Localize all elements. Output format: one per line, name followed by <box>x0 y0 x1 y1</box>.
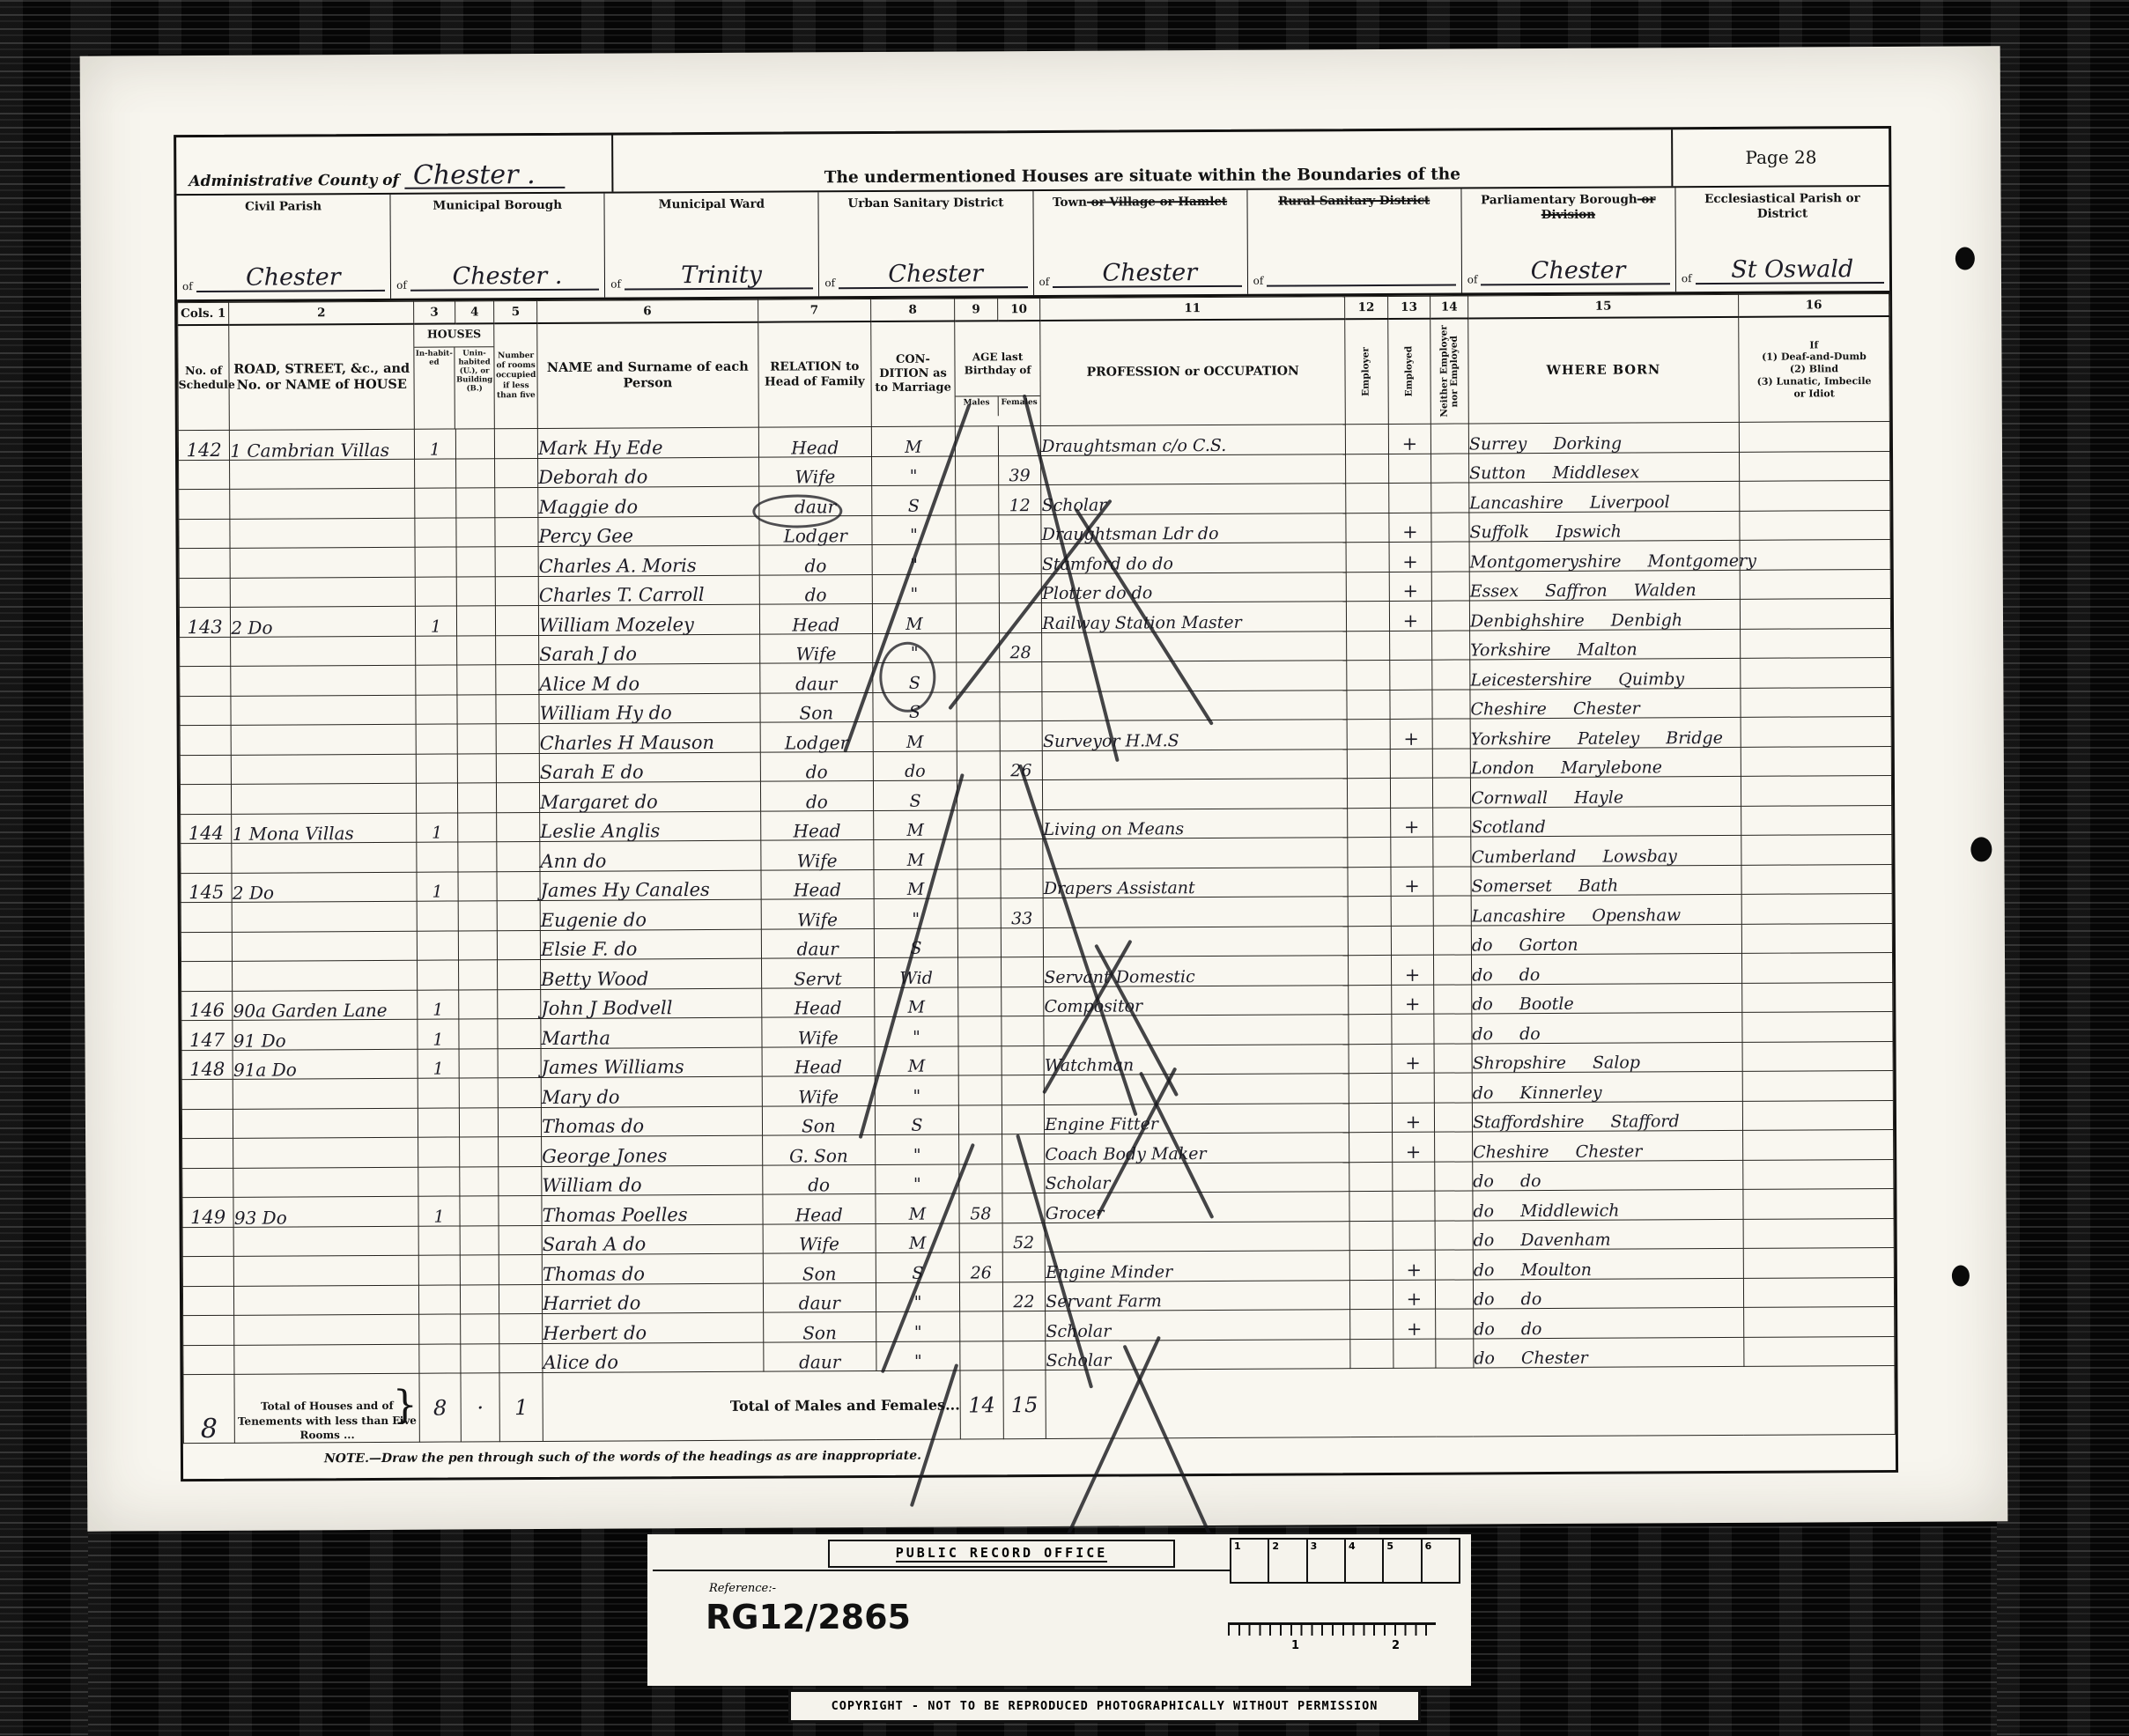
cell-relation: Head <box>761 869 874 899</box>
cell-rooms <box>499 1077 542 1107</box>
cell-rooms <box>497 871 540 901</box>
col-inhabited: In-habit-ed <box>414 347 455 428</box>
brace-glyph: } <box>393 1379 418 1432</box>
cell-address: 1 Mona Villas <box>232 813 417 844</box>
cell-condition: S <box>873 692 957 722</box>
cell-inhabited <box>415 488 456 518</box>
punch-dot <box>1952 1266 1970 1287</box>
cell-uninhabited <box>456 606 496 636</box>
cell-name: George Jones <box>542 1135 763 1166</box>
cell-address <box>234 1344 419 1375</box>
cell-age_m <box>960 1282 1003 1311</box>
cell-infirm <box>1741 775 1891 805</box>
cell-employer <box>1350 1339 1393 1369</box>
page-number: Page 28 <box>1673 129 1889 186</box>
district-value: Chester . <box>410 264 600 292</box>
of-label: of <box>1253 275 1264 287</box>
cell-inhabited <box>416 635 457 665</box>
cell-infirm <box>1744 1336 1895 1366</box>
cell-born: Essex Saffron Walden <box>1469 570 1740 601</box>
cell-neither <box>1431 424 1469 454</box>
cell-neither <box>1435 1132 1473 1162</box>
cell-address <box>231 695 416 726</box>
cell-employed: + <box>1389 542 1432 572</box>
cell-schedule <box>182 1168 233 1198</box>
cell-uninhabited <box>455 429 495 459</box>
cell-occupation: Draughtsman Ldr do <box>1041 513 1346 543</box>
ruler-cell: 5 <box>1382 1540 1420 1582</box>
cell-infirm <box>1743 1188 1894 1218</box>
district-header-row: Civil ParishofChesterMunicipal Boroughof… <box>176 187 1889 302</box>
col-num: 13 <box>1387 296 1430 319</box>
cell-condition: S <box>875 1105 958 1135</box>
cell-relation: Head <box>761 987 874 1017</box>
cell-occupation: Servant Farm <box>1046 1280 1350 1311</box>
cell-age_m <box>957 780 1001 810</box>
cell-infirm <box>1742 1041 1893 1071</box>
cell-schedule <box>181 1079 233 1109</box>
cell-rooms <box>499 1313 543 1343</box>
cell-inhabited <box>416 665 457 695</box>
cell-schedule <box>180 725 231 755</box>
cell-name: Margaret do <box>539 781 760 812</box>
cell-name: Alice M do <box>539 663 760 694</box>
cell-relation: Wife <box>763 1223 876 1253</box>
cell-condition: M <box>874 810 957 840</box>
cell-inhabited <box>415 458 456 488</box>
cell-employed: + <box>1393 1250 1436 1280</box>
cell-schedule <box>179 519 230 549</box>
cell-rooms <box>499 1166 542 1196</box>
cell-employer <box>1346 483 1389 513</box>
cell-inhabited <box>416 694 457 724</box>
col-num: 15 <box>1468 294 1739 318</box>
cell-employer <box>1349 1162 1393 1192</box>
cell-infirm <box>1740 539 1890 569</box>
cell-rooms <box>496 606 539 636</box>
cell-neither <box>1434 984 1472 1014</box>
cell-condition: " <box>876 1164 959 1194</box>
cell-uninhabited <box>459 1137 499 1167</box>
cell-uninhabited <box>455 458 495 488</box>
cell-born: Denbighshire Denbigh <box>1469 599 1740 630</box>
cell-born: Yorkshire Malton <box>1470 629 1741 660</box>
cell-schedule <box>180 784 231 814</box>
cell-employer <box>1347 749 1390 779</box>
cell-condition: M <box>874 839 957 869</box>
cell-neither <box>1432 748 1470 778</box>
cell-age_m <box>955 426 998 456</box>
cell-address <box>233 1167 418 1198</box>
cell-schedule <box>182 1286 233 1316</box>
cell-schedule <box>180 637 231 667</box>
district-value <box>1267 284 1455 287</box>
cell-inhabited <box>419 1314 461 1344</box>
cell-neither <box>1433 778 1471 808</box>
cell-age_m <box>960 1341 1003 1370</box>
ruler-cell: 3 <box>1306 1540 1344 1582</box>
col-males: Males <box>956 396 999 416</box>
cell-neither <box>1431 512 1469 542</box>
cell-age_f <box>1000 839 1043 869</box>
cell-infirm <box>1742 1129 1893 1159</box>
totals-schedule: 8 <box>183 1374 235 1443</box>
cell-born: do do <box>1473 1160 1743 1191</box>
district-value: Chester <box>1481 258 1670 285</box>
cell-rooms <box>498 989 541 1019</box>
cell-relation: daur <box>758 486 871 516</box>
col-neither: Neither Employer nor Employed <box>1430 318 1468 424</box>
cell-employed <box>1391 926 1434 956</box>
cell-name: Charles H Mauson <box>539 722 760 753</box>
cell-address <box>232 783 417 814</box>
cell-relation: Lodger <box>759 515 872 545</box>
cell-age_f <box>1002 1075 1045 1105</box>
punch-dot <box>1955 247 1975 270</box>
cell-infirm <box>1744 1306 1895 1336</box>
cell-condition: M <box>874 869 957 899</box>
cell-condition: " <box>872 544 956 574</box>
cell-born: do do <box>1473 1278 1743 1309</box>
cell-uninhabited <box>457 783 497 813</box>
cell-uninhabited <box>458 960 498 990</box>
col-num: 12 <box>1345 296 1388 319</box>
cell-uninhabited <box>455 488 495 518</box>
ruler-cell: 6 <box>1421 1540 1459 1582</box>
cell-relation: do <box>760 781 873 811</box>
cell-uninhabited <box>459 1107 499 1137</box>
cell-born: London Marylebone <box>1470 747 1741 778</box>
cell-born: Cheshire Chester <box>1470 688 1741 719</box>
cell-schedule <box>179 578 230 608</box>
cell-name: Elsie F. do <box>540 929 761 960</box>
cell-condition: M <box>871 426 955 456</box>
cell-age_f <box>1002 1016 1045 1046</box>
cell-schedule <box>179 548 230 578</box>
cell-age_m <box>957 721 1000 751</box>
cell-inhabited: 1 <box>414 429 455 459</box>
cell-relation: Wife <box>762 1076 875 1106</box>
cell-age_m <box>957 898 1001 928</box>
cell-neither <box>1432 689 1470 719</box>
cell-name: Percy Gee <box>538 516 759 547</box>
cell-age_f <box>999 544 1042 574</box>
cell-address <box>233 931 418 962</box>
cell-neither <box>1431 571 1469 601</box>
cell-inhabited: 1 <box>418 1048 459 1078</box>
cell-rooms <box>498 1018 541 1048</box>
district-cell: Rural Sanitary Districtof <box>1247 189 1462 294</box>
col-num: 14 <box>1430 296 1468 319</box>
cell-occupation <box>1045 1221 1349 1252</box>
cell-age_f <box>1002 1252 1046 1282</box>
cell-address <box>232 754 417 785</box>
stamp-ruler-cells: 1 2 3 4 5 6 <box>1230 1538 1460 1584</box>
cell-age_m <box>958 1104 1002 1134</box>
cell-inhabited <box>417 901 458 931</box>
cell-rooms <box>496 576 539 606</box>
cell-age_f: 26 <box>1000 750 1043 780</box>
cell-condition: M <box>876 1193 959 1223</box>
cell-occupation <box>1042 690 1347 720</box>
cell-age_m <box>959 1134 1002 1164</box>
cell-age_m <box>956 544 999 574</box>
cell-relation: Head <box>759 604 872 634</box>
cell-neither <box>1431 453 1469 483</box>
cell-address <box>230 518 415 549</box>
cell-born: Leicestershire Quimby <box>1470 658 1741 689</box>
cell-name: Thomas do <box>541 1106 762 1137</box>
cell-born: do Chester <box>1474 1337 1744 1368</box>
district-value: Trinity <box>625 262 814 290</box>
cell-occupation <box>1044 926 1349 957</box>
cell-born: Cumberland Lowsbay <box>1471 835 1741 866</box>
cell-neither <box>1432 601 1470 631</box>
cell-relation: Son <box>763 1253 876 1283</box>
cell-employed <box>1393 1191 1436 1221</box>
cell-inhabited <box>418 1166 460 1196</box>
cell-occupation: Living on Means <box>1043 808 1348 838</box>
cell-employed <box>1390 778 1433 808</box>
cell-born: Surrey Dorking <box>1468 422 1739 453</box>
cell-age_f: 28 <box>999 632 1042 662</box>
cell-occupation: Railway Station Master <box>1042 602 1347 632</box>
cell-born: do Kinnerley <box>1472 1071 1742 1102</box>
cell-uninhabited <box>457 724 497 754</box>
cell-employer <box>1349 955 1392 985</box>
cell-name: Leslie Anglis <box>540 811 761 842</box>
cell-inhabited: 1 <box>417 812 458 842</box>
cell-name: Mary do <box>541 1076 762 1107</box>
cell-inhabited <box>417 930 458 960</box>
cell-address <box>231 665 416 696</box>
cell-uninhabited <box>458 871 498 901</box>
cell-address <box>233 1078 418 1109</box>
cell-inhabited <box>418 960 459 990</box>
copyright-notice: COPYRIGHT - NOT TO BE REPRODUCED PHOTOGR… <box>788 1689 1421 1723</box>
cell-condition: M <box>872 603 956 633</box>
cell-address <box>231 636 416 667</box>
cell-age_m <box>959 1163 1002 1193</box>
film-border-right <box>1997 0 2129 1736</box>
cell-infirm <box>1741 657 1891 687</box>
cell-uninhabited <box>456 517 496 547</box>
col-infirmities: If (1) Deaf-and-Dumb (2) Blind (3) Lunat… <box>1739 316 1890 422</box>
cell-employer <box>1348 926 1391 956</box>
cell-inhabited: 1 <box>416 606 457 636</box>
cell-inhabited <box>416 724 457 754</box>
cell-schedule: 144 <box>181 814 232 844</box>
cell-name: Sarah E do <box>539 752 760 783</box>
district-cell: Civil ParishofChester <box>176 195 391 299</box>
district-label: Town or Village or Hamlet <box>1039 195 1241 211</box>
cell-name: Sarah A do <box>542 1224 763 1255</box>
cell-relation: Son <box>760 692 873 722</box>
cell-relation: Son <box>762 1105 875 1135</box>
cell-employed <box>1391 1014 1434 1044</box>
cell-infirm <box>1740 480 1890 510</box>
cell-name: Eugenie do <box>540 899 761 930</box>
cell-inhabited <box>418 1137 460 1167</box>
cell-rooms <box>497 723 540 753</box>
pro-title-box: PUBLIC RECORD OFFICE <box>828 1540 1175 1568</box>
cell-schedule: 148 <box>181 1050 233 1080</box>
cell-condition: " <box>872 515 956 545</box>
cell-neither <box>1434 1014 1472 1044</box>
cell-rooms <box>499 1136 542 1166</box>
cell-uninhabited <box>459 1078 499 1108</box>
cell-occupation: Scholar <box>1046 1339 1350 1370</box>
cell-age_f: 33 <box>1001 898 1044 928</box>
cell-address <box>231 724 416 755</box>
cell-uninhabited <box>458 930 498 960</box>
of-label: of <box>1039 276 1049 288</box>
cell-schedule <box>183 1345 234 1375</box>
cell-uninhabited <box>459 1019 499 1049</box>
totals-inhabited: 8 <box>419 1373 461 1442</box>
cell-rooms <box>499 1254 543 1284</box>
cell-name: Martha <box>541 1017 762 1048</box>
cell-inhabited <box>417 842 458 872</box>
cell-uninhabited <box>457 812 497 842</box>
cell-condition: " <box>876 1311 959 1341</box>
cell-address <box>232 842 417 873</box>
cell-neither <box>1435 1191 1473 1221</box>
cell-relation: daur <box>763 1341 876 1371</box>
cell-born: Staffordshire Stafford <box>1472 1101 1742 1132</box>
cell-employer <box>1348 867 1391 897</box>
cell-age_m <box>957 662 1000 692</box>
cell-address <box>232 901 417 932</box>
cell-condition: M <box>873 721 957 751</box>
cell-employed: + <box>1392 1103 1435 1133</box>
cell-name: James Williams <box>541 1047 762 1078</box>
district-label: Civil Parish <box>181 199 384 215</box>
cell-schedule <box>179 460 230 490</box>
cell-name: Alice do <box>543 1342 764 1373</box>
cell-born: do do <box>1471 953 1741 984</box>
cell-employer <box>1348 837 1391 867</box>
reference-label: Reference:- <box>709 1582 776 1595</box>
cell-relation: daur <box>759 663 872 693</box>
cell-infirm <box>1739 451 1889 481</box>
district-value: Chester <box>1053 261 1242 288</box>
cell-address: 1 Cambrian Villas <box>230 429 415 460</box>
cell-infirm <box>1743 1277 1894 1307</box>
cell-rooms <box>497 841 540 871</box>
col-num: 7 <box>758 299 870 322</box>
cell-infirm <box>1742 982 1893 1012</box>
stamp-ruler-ticks: 1 2 <box>1228 1622 1436 1658</box>
cell-employed: + <box>1388 424 1431 454</box>
cell-inhabited: 1 <box>418 1196 460 1226</box>
census-table: Cols. 1 2 3 4 5 6 7 8 9 10 11 12 13 14 <box>177 293 1896 1444</box>
ruler-number: 2 <box>1392 1639 1400 1652</box>
cell-schedule <box>179 489 230 519</box>
cell-born: Yorkshire Pateley Bridge <box>1470 717 1741 748</box>
cell-employer <box>1348 896 1391 926</box>
cell-employed: + <box>1392 1044 1435 1074</box>
cell-age_f <box>999 662 1042 692</box>
pro-office-name: PUBLIC RECORD OFFICE <box>896 1545 1108 1563</box>
col-houses: HOUSES In-habit-ed Unin-habited (U.), or… <box>414 323 495 429</box>
cell-name: Thomas Poelles <box>542 1194 763 1225</box>
cell-schedule <box>181 843 232 873</box>
cell-employer <box>1348 778 1391 808</box>
census-form: Administrative County of Chester . The u… <box>174 126 1898 1481</box>
cell-name: Betty Wood <box>541 958 762 989</box>
scanned-census-page: Administrative County of Chester . The u… <box>0 0 2129 1736</box>
cell-infirm <box>1741 805 1892 835</box>
cell-age_m <box>956 603 999 633</box>
cell-schedule: 142 <box>178 430 229 460</box>
cell-name: Herbert do <box>543 1312 764 1343</box>
cell-uninhabited <box>457 694 497 724</box>
cell-employer <box>1346 572 1389 602</box>
cell-employed: + <box>1393 1309 1436 1339</box>
of-label: of <box>1467 273 1478 285</box>
cell-employer <box>1349 1103 1392 1133</box>
cell-age_m <box>957 750 1000 780</box>
cell-uninhabited <box>457 753 497 783</box>
cell-neither <box>1434 1073 1472 1103</box>
cell-neither <box>1432 660 1470 690</box>
cell-age_m <box>959 1223 1002 1252</box>
of-label: of <box>610 278 621 291</box>
cell-infirm <box>1741 952 1892 982</box>
ruler-cell: 2 <box>1268 1540 1305 1582</box>
pro-stamp: PUBLIC RECORD OFFICE Reference:- RG12/28… <box>647 1534 1471 1686</box>
cell-age_m <box>956 485 999 515</box>
district-cell: Municipal BoroughofChester . <box>391 194 606 299</box>
cell-employed <box>1390 690 1433 720</box>
of-label: of <box>396 279 407 292</box>
cell-uninhabited <box>458 842 498 872</box>
cell-age_m <box>957 691 1000 721</box>
cell-address <box>233 1137 418 1168</box>
cell-condition: M <box>875 1046 958 1076</box>
cell-employer <box>1350 1309 1393 1339</box>
totals-empty <box>1046 1365 1895 1438</box>
col-employed: Employed <box>1387 319 1430 425</box>
cell-infirm <box>1740 510 1890 540</box>
cell-neither <box>1431 483 1469 513</box>
cell-infirm <box>1741 923 1892 953</box>
cell-born: do Davenham <box>1473 1219 1743 1250</box>
cell-born: do Gorton <box>1471 924 1741 955</box>
cell-employed <box>1393 1221 1436 1251</box>
cell-uninhabited <box>460 1196 499 1226</box>
cell-condition: " <box>871 456 955 486</box>
cell-schedule <box>181 1109 233 1139</box>
cell-condition: S <box>874 928 957 958</box>
cell-born: do Moulton <box>1473 1248 1743 1279</box>
cell-age_m <box>957 927 1001 957</box>
cell-inhabited <box>419 1343 461 1373</box>
cell-age_f <box>1002 1341 1046 1370</box>
cell-age_f <box>1001 927 1044 957</box>
cell-condition: " <box>872 574 956 604</box>
cell-uninhabited <box>460 1314 499 1344</box>
cell-occupation <box>1043 897 1348 927</box>
cell-employer <box>1347 719 1390 749</box>
cell-employed: + <box>1392 1132 1435 1162</box>
reference-number: RG12/2865 <box>706 1598 911 1636</box>
cell-neither <box>1436 1309 1474 1339</box>
cell-age_m: 26 <box>959 1252 1002 1282</box>
cell-neither <box>1433 896 1471 926</box>
cell-employed: + <box>1390 719 1433 749</box>
